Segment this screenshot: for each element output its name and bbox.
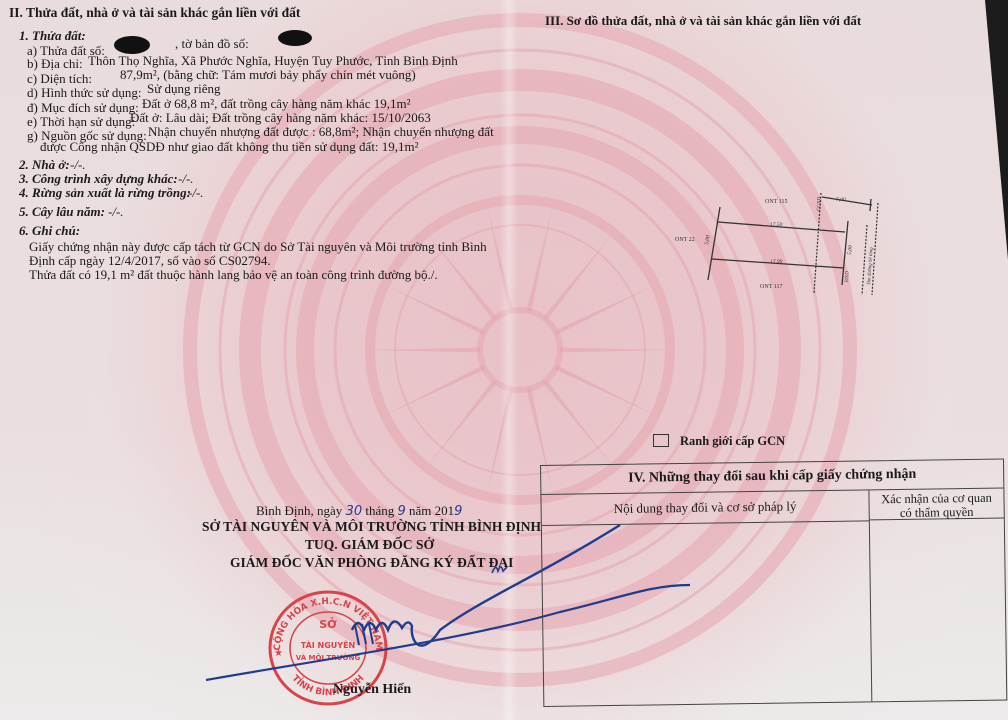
- date-year-digit: 9: [454, 504, 462, 519]
- svg-text:TÀI NGUYÊN: TÀI NGUYÊN: [301, 639, 356, 650]
- svg-text:7,00: 7,00: [836, 197, 846, 203]
- svg-text:ONT 22: ONT 22: [675, 237, 695, 243]
- changes-table: IV. Những thay đổi sau khi cấp giấy chứn…: [540, 459, 1007, 707]
- forest-label: 4. Rừng sản xuất là rừng trồng:: [19, 186, 191, 200]
- map-sheet-label: , tờ bản đồ số:: [175, 37, 249, 51]
- land-heading: 1. Thửa đất:: [19, 29, 86, 43]
- notes-line2: Định cấp ngày 12/4/2017, số vào sổ CS027…: [29, 254, 271, 268]
- purpose-label: đ) Mục đích sử dụng:: [27, 101, 139, 115]
- land-plot-diagram: ONT 115 ONT 22 ONT 117 17,50 17,99 5,00 …: [660, 185, 890, 295]
- house-value: -/-.: [70, 158, 86, 172]
- legend-boundary-swatch: [653, 434, 669, 447]
- svg-text:17,99: 17,99: [770, 259, 783, 265]
- svg-text:17,50: 17,50: [770, 222, 783, 228]
- usage-form-label: d) Hình thức sử dụng:: [27, 86, 141, 100]
- forest-value: -/-.: [188, 186, 204, 200]
- svg-text:ONT 117: ONT 117: [760, 284, 783, 290]
- section-iii-title: III. Sơ đồ thửa đất, nhà ở và tài sản kh…: [545, 14, 861, 28]
- redacted-map-sheet: [278, 30, 312, 46]
- date-day: 30: [346, 504, 363, 519]
- other-construction-label: 3. Công trình xây dựng khác:: [19, 172, 178, 186]
- area-value: 87,9m², (bằng chữ: Tám mươi bảy phẩy chí…: [120, 68, 416, 82]
- svg-text:5,00: 5,00: [847, 245, 854, 255]
- signer-position: GIÁM ĐỐC VĂN PHÒNG ĐĂNG KÝ ĐẤT ĐAI: [230, 556, 513, 570]
- place-date: Bình Định, ngày 30 tháng 9 năm 2019: [256, 504, 462, 519]
- svg-text:ĐXD: ĐXD: [845, 271, 850, 282]
- agency-name: SỞ TÀI NGUYÊN VÀ MÔI TRƯỜNG TỈNH BÌNH ĐỊ…: [202, 520, 541, 534]
- svg-text:5,00: 5,00: [704, 235, 712, 246]
- date-month: 9: [398, 504, 406, 519]
- address-label: b) Địa chỉ:: [27, 57, 83, 71]
- column-header-confirmation: Xác nhận của cơ quan có thẩm quyền: [869, 489, 1003, 521]
- month-label: tháng: [365, 503, 394, 518]
- notes-line1: Giấy chứng nhận này được cấp tách từ GCN…: [29, 240, 487, 254]
- other-construction-value: -/-.: [178, 172, 194, 186]
- page-fold: [500, 0, 518, 720]
- svg-text:★: ★: [274, 648, 283, 659]
- confirm-header-line1: Xác nhận của cơ quan: [869, 491, 1003, 507]
- on-behalf-title: TUQ. GIÁM ĐỐC SỞ: [305, 538, 434, 552]
- term-value: Đất ở: Lâu dài; Đất trồng cây hàng năm k…: [130, 111, 431, 125]
- place-date-prefix: Bình Định, ngày: [256, 503, 342, 518]
- origin-value-line2: được Công nhận QSDĐ như giao đất không t…: [40, 140, 419, 154]
- perennial-value: -/-.: [108, 205, 124, 219]
- confirm-header-line2: có thẩm quyền: [870, 505, 1004, 521]
- address-value: Thôn Thọ Nghĩa, Xã Phước Nghĩa, Huyện Tu…: [88, 54, 458, 68]
- svg-text:VÀ MÔI TRƯỜNG: VÀ MÔI TRƯỜNG: [296, 653, 361, 662]
- term-label: e) Thời hạn sử dụng:: [27, 115, 135, 129]
- svg-text:CGXD: CGXD: [817, 196, 823, 211]
- certificate-page: II. Thửa đất, nhà ở và tài sản khác gắn …: [0, 0, 1008, 720]
- section-ii-title: II. Thửa đất, nhà ở và tài sản khác gắn …: [9, 6, 300, 20]
- svg-text:ONT 115: ONT 115: [765, 199, 788, 205]
- signer-name: Nguyễn Hiến: [333, 683, 411, 697]
- svg-text:SỞ: SỞ: [319, 617, 337, 631]
- origin-value-line1: Nhận chuyển nhượng đất được : 68,8m²; Nh…: [148, 125, 494, 139]
- redacted-land-number: [114, 36, 150, 54]
- notes-heading: 6. Ghi chú:: [19, 224, 80, 238]
- column-header-content: Nội dung thay đổi và cơ sở pháp lý: [541, 490, 869, 526]
- usage-form-value: Sử dụng riêng: [147, 82, 221, 96]
- notes-line3: Thửa đất có 19,1 m² đất thuộc hành lang …: [29, 268, 438, 282]
- year-label: năm 201: [409, 503, 454, 518]
- area-label: c) Diện tích:: [27, 72, 92, 86]
- legend-label: Ranh giới cấp GCN: [680, 434, 785, 448]
- changes-content-cell: [542, 521, 872, 706]
- house-label: 2. Nhà ở:: [19, 158, 70, 172]
- perennial-label: 5. Cây lâu năm:: [19, 205, 105, 219]
- purpose-value: Đất ở 68,8 m², đất trồng cây hàng năm kh…: [142, 97, 410, 111]
